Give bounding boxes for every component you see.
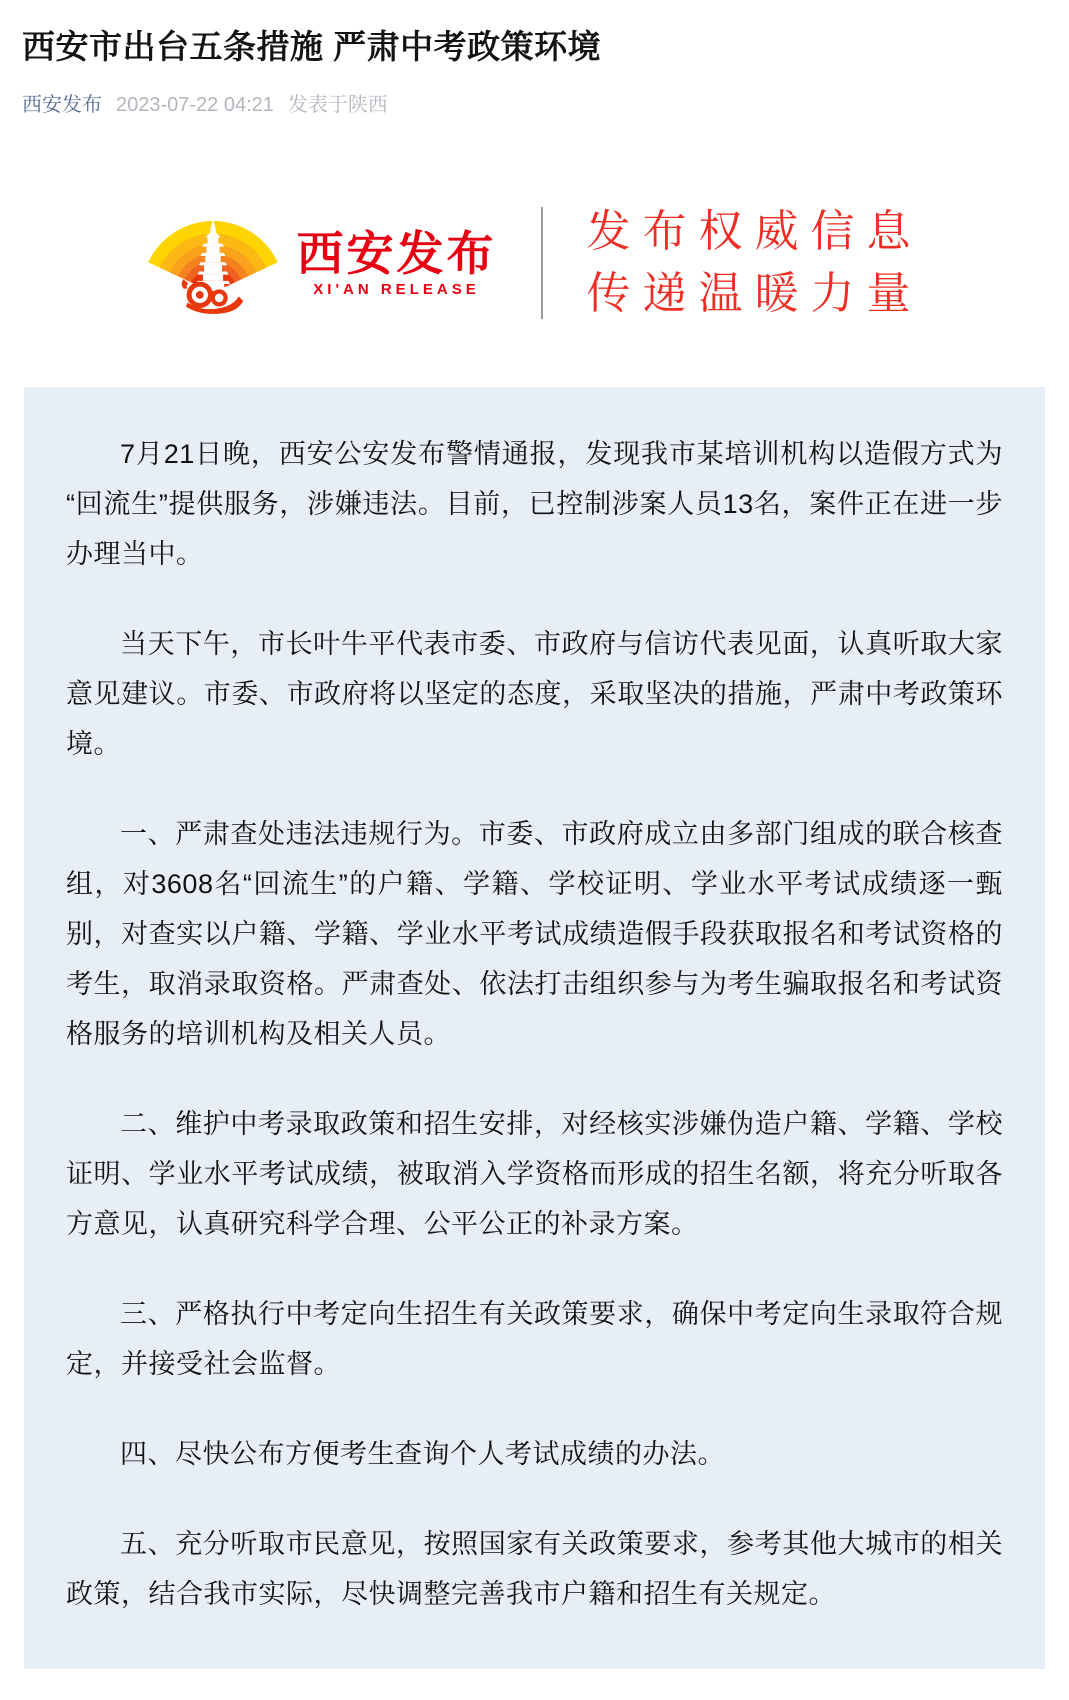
brand-name-latin: XI'AN RELEASE: [297, 281, 497, 298]
article-body: 7月21日晚，西安公安发布警情通报，发现我市某培训机构以造假方式为“回流生”提供…: [24, 387, 1045, 1669]
brand-slogan: 发布权威信息 传递温暖力量: [587, 201, 923, 325]
slogan-line-2: 传递温暖力量: [587, 263, 923, 325]
publish-timestamp: 2023-07-22 04:21: [116, 93, 274, 117]
banner-divider: [541, 207, 543, 319]
brand-banner: 西安发布 XI'AN RELEASE 发布权威信息 传递温暖力量: [22, 203, 1047, 323]
bottom-spacer: [22, 1669, 1047, 1700]
publish-location: 发表于陕西: [288, 93, 388, 117]
article-paragraph: 二、维护中考录取政策和招生安排，对经核实涉嫌伪造户籍、学籍、学校证明、学业水平考…: [66, 1099, 1003, 1249]
brand-wordmark: 西安发布 XI'AN RELEASE: [297, 229, 497, 298]
account-link[interactable]: 西安发布: [22, 93, 102, 117]
article-paragraph: 一、严肃查处违法违规行为。市委、市政府成立由多部门组成的联合核查组，对3608名…: [66, 809, 1003, 1059]
byline: 西安发布 2023-07-22 04:21 发表于陕西: [22, 93, 1047, 117]
slogan-line-1: 发布权威信息: [587, 201, 923, 263]
brand-name-text: 西安发布: [297, 229, 497, 278]
article-paragraph: 四、尽快公布方便考生查询个人考试成绩的办法。: [66, 1429, 1003, 1479]
article-paragraph: 五、充分听取市民意见，按照国家有关政策要求，参考其他大城市的相关政策，结合我市实…: [66, 1519, 1003, 1619]
fan-pagoda-cloud-icon: [147, 204, 279, 322]
article-paragraph: 当天下午，市长叶牛平代表市委、市政府与信访代表见面，认真听取大家意见建议。市委、…: [66, 619, 1003, 769]
article-page: 西安市出台五条措施 严肃中考政策环境 西安发布 2023-07-22 04:21…: [0, 0, 1069, 1700]
article-paragraph: 三、严格执行中考定向生招生有关政策要求，确保中考定向生录取符合规定，并接受社会监…: [66, 1289, 1003, 1389]
article-paragraph: 7月21日晚，西安公安发布警情通报，发现我市某培训机构以造假方式为“回流生”提供…: [66, 429, 1003, 579]
page-title: 西安市出台五条措施 严肃中考政策环境: [22, 26, 1047, 67]
